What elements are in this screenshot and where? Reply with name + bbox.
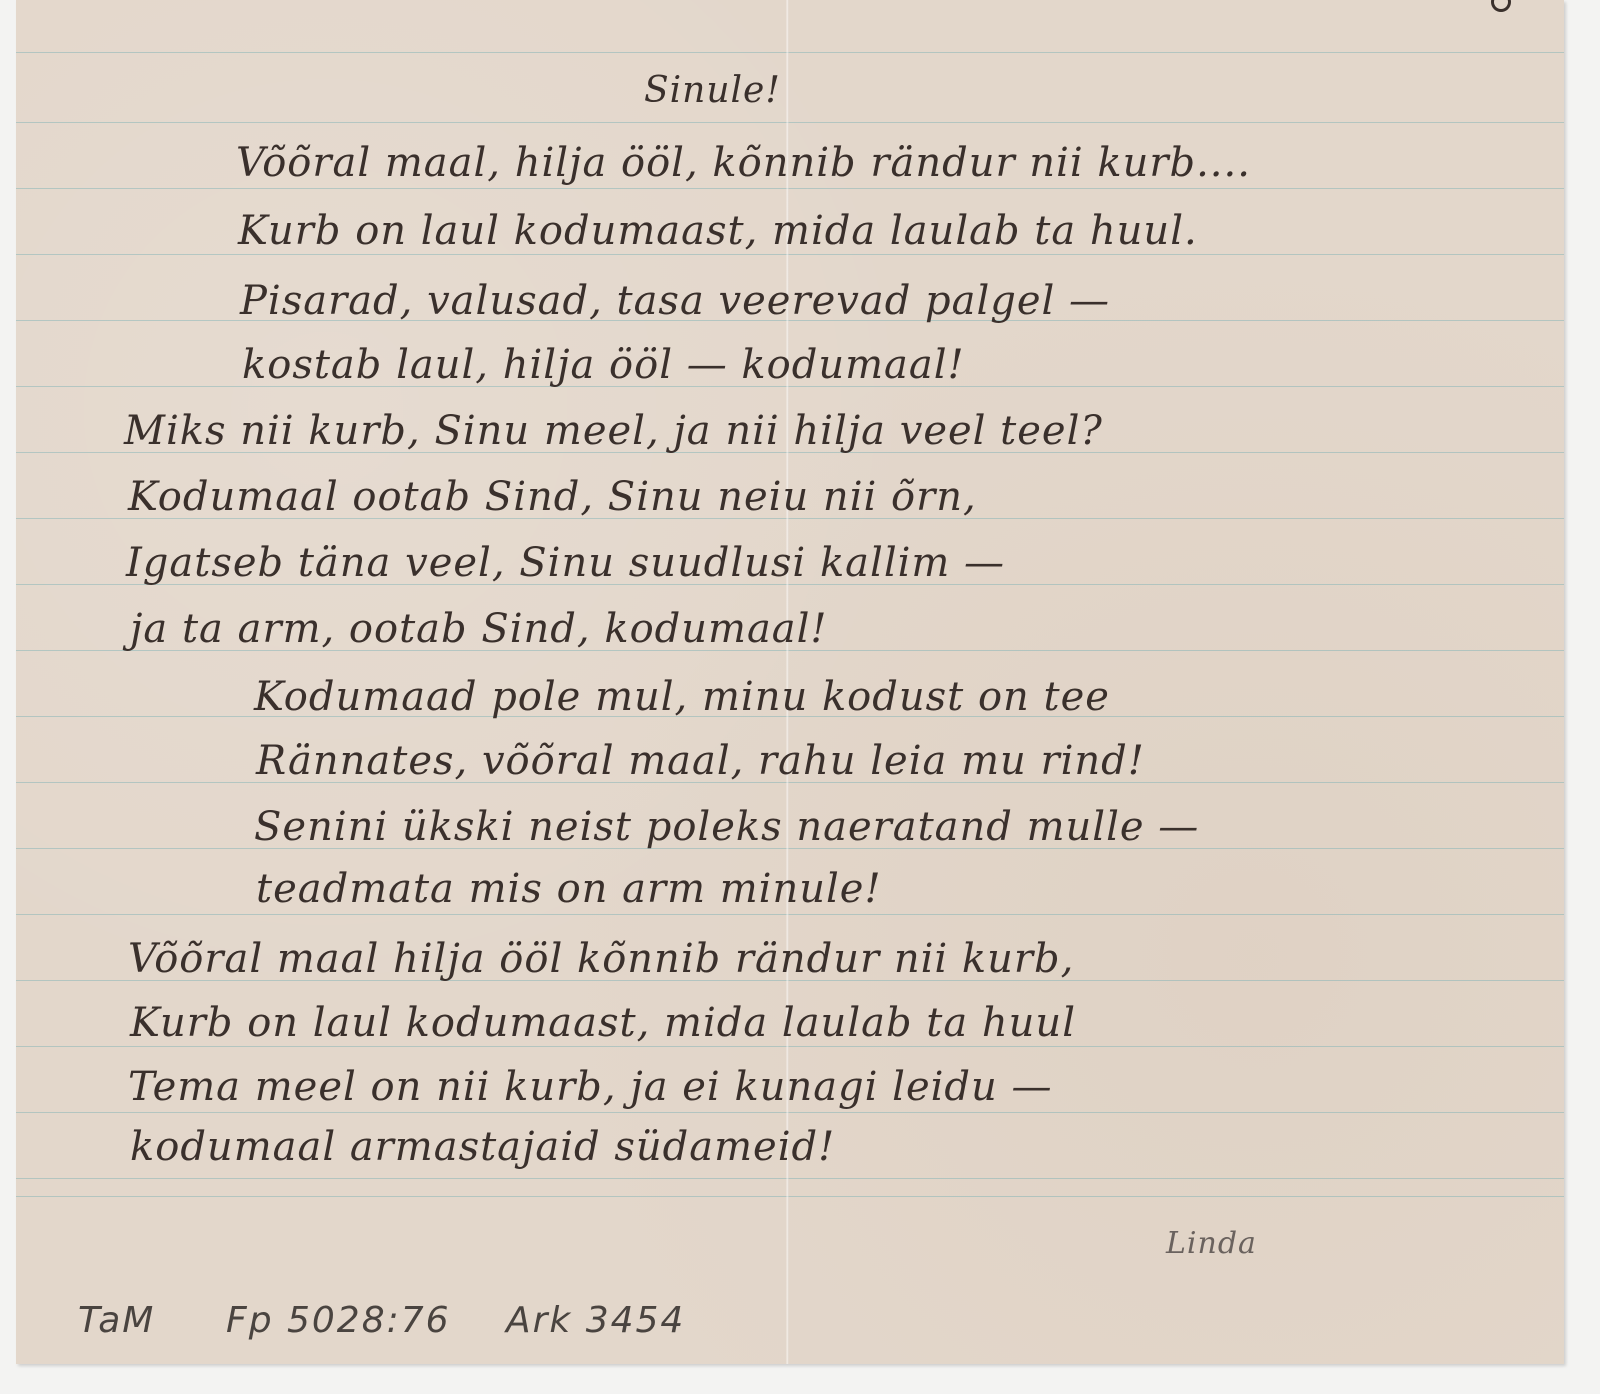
poem-line: ja ta arm, ootab Sind, kodumaal! — [130, 606, 828, 652]
poem-title: Sinule! — [644, 70, 781, 111]
poem-line: Rännates, võõral maal, rahu leia mu rind… — [256, 738, 1145, 784]
ruled-line — [16, 1112, 1564, 1113]
ruled-line — [16, 1046, 1564, 1047]
archive-fond-number: Fp 5028:76 — [226, 1300, 451, 1341]
poem-line: Igatseb täna veel, Sinu suudlusi kallim … — [126, 540, 1005, 586]
ruled-line — [16, 188, 1564, 189]
poem-line: kodumaal armastajaid südameid! — [130, 1124, 835, 1170]
poem-line: Võõral maal, hilja ööl, kõnnib rändur ni… — [236, 140, 1251, 186]
poem-line: Kurb on laul kodumaast, mida laulab ta h… — [238, 208, 1198, 254]
ruled-line — [16, 254, 1564, 255]
poem-line: Tema meel on nii kurb, ja ei kunagi leid… — [128, 1064, 1053, 1110]
ruled-line — [16, 122, 1564, 123]
signature: Linda — [1166, 1226, 1257, 1261]
poem-line: Senini ükski neist poleks naeratand mull… — [254, 804, 1199, 850]
poem-line: Miks nii kurb, Sinu meel, ja nii hilja v… — [124, 408, 1103, 454]
poem-line: Võõral maal hilja ööl kõnnib rändur nii … — [128, 936, 1074, 982]
ruled-line — [16, 1178, 1564, 1179]
poem-line: Kurb on laul kodumaast, mida laulab ta h… — [130, 1000, 1076, 1046]
ruled-line — [16, 1196, 1564, 1197]
ruled-line — [16, 52, 1564, 53]
poem-line: Pisarad, valusad, tasa veerevad palgel — — [240, 278, 1110, 324]
paper-sheet: Sinule! Võõral maal, hilja ööl, kõnnib r… — [16, 0, 1564, 1364]
poem-line: kostab laul, hilja ööl — kodumaal! — [242, 342, 965, 388]
ruled-line — [16, 914, 1564, 915]
poem-line: teadmata mis on arm minule! — [256, 866, 882, 912]
poem-line: Kodumaal ootab Sind, Sinu neiu nii õrn, — [128, 474, 977, 520]
ink-mark — [1491, 0, 1511, 12]
poem-line: Kodumaad pole mul, minu kodust on tee — [254, 674, 1110, 720]
archive-reference-number: Ark 3454 — [506, 1300, 685, 1341]
archive-collection: TaM — [78, 1300, 155, 1341]
